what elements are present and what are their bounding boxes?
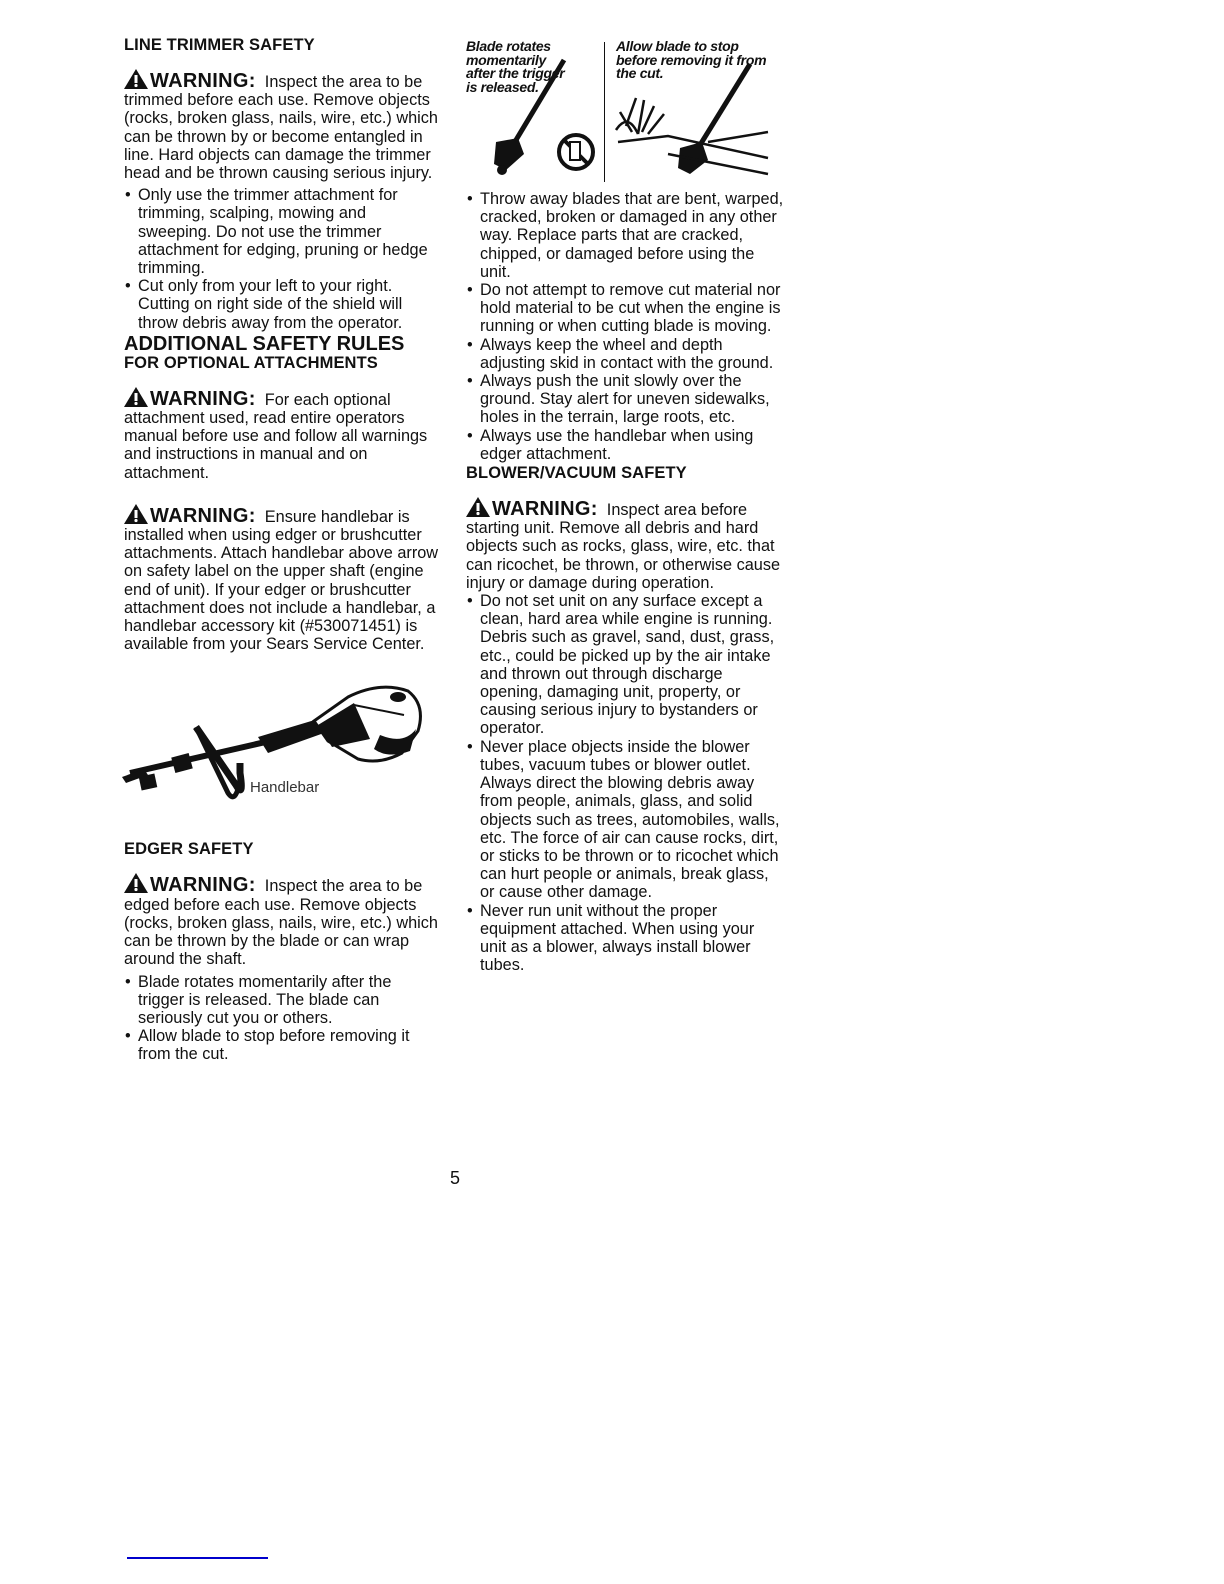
warning-text: Ensure handlebar is installed when using… — [124, 508, 438, 653]
line-trimmer-bullets: Only use the trimmer attachment for trim… — [124, 186, 442, 332]
list-item: Always keep the wheel and depth adjustin… — [466, 336, 784, 372]
list-item: Never place objects inside the blower tu… — [466, 738, 784, 902]
warning-triangle-icon — [124, 387, 148, 407]
page-number: 5 — [450, 1168, 460, 1189]
additional-safety-heading: ADDITIONAL SAFETY RULES — [124, 334, 442, 354]
warning-triangle-icon — [124, 873, 148, 893]
right-column: Blade rotates momentarily after the trig… — [466, 36, 784, 974]
left-column: LINE TRIMMER SAFETY WARNING: Inspect the… — [124, 36, 442, 1064]
warning-triangle-icon — [466, 497, 490, 517]
warning-triangle-icon — [124, 69, 148, 89]
list-item: Only use the trimmer attachment for trim… — [124, 186, 442, 277]
blower-bullets: Do not set unit on any surface except a … — [466, 592, 784, 974]
edger-blade-rotating-icon — [466, 42, 606, 182]
warning-label: WARNING: — [150, 874, 256, 896]
warning-label: WARNING: — [150, 505, 256, 527]
handlebar-illustration: Handlebar — [124, 671, 442, 836]
warning-triangle-icon — [124, 504, 148, 524]
list-item: Cut only from your left to your right. C… — [124, 277, 442, 332]
optional-attachment-warning: WARNING: For each optional attachment us… — [124, 387, 442, 482]
edger-illustration: Blade rotates momentarily after the trig… — [466, 36, 784, 186]
edger-warning: WARNING: Inspect the area to be edged be… — [124, 873, 442, 968]
list-item: Always push the unit slowly over the gro… — [466, 372, 784, 427]
list-item: Do not set unit on any surface except a … — [466, 592, 784, 738]
handlebar-label: Handlebar — [250, 779, 319, 796]
blower-vacuum-heading: BLOWER/VACUUM SAFETY — [466, 464, 784, 483]
list-item: Blade rotates momentarily after the trig… — [124, 973, 442, 1028]
list-item: Throw away blades that are bent, warped,… — [466, 190, 784, 281]
line-trimmer-heading: LINE TRIMMER SAFETY — [124, 36, 442, 55]
warning-label: WARNING: — [150, 388, 256, 410]
warning-label: WARNING: — [150, 70, 256, 92]
list-item: Do not attempt to remove cut material no… — [466, 281, 784, 336]
optional-attachments-subheading: FOR OPTIONAL ATTACHMENTS — [124, 354, 442, 373]
list-item: Always use the handlebar when using edge… — [466, 427, 784, 463]
edger-bullets: Blade rotates momentarily after the trig… — [124, 973, 442, 1064]
list-item: Allow blade to stop before removing it f… — [124, 1027, 442, 1063]
list-item: Never run unit without the proper equipm… — [466, 902, 784, 975]
warning-label: WARNING: — [492, 498, 598, 520]
bottom-link-underline[interactable] — [127, 1557, 268, 1559]
edger-blade-stop-icon — [608, 42, 778, 182]
trimmer-with-handlebar-icon — [118, 675, 428, 825]
handlebar-warning: WARNING: Ensure handlebar is installed w… — [124, 504, 442, 654]
edger-safety-heading: EDGER SAFETY — [124, 840, 442, 859]
edger-additional-bullets: Throw away blades that are bent, warped,… — [466, 190, 784, 463]
figure-divider — [604, 42, 605, 182]
blower-warning: WARNING: Inspect area before starting un… — [466, 497, 784, 592]
line-trimmer-warning: WARNING: Inspect the area to be trimmed … — [124, 69, 442, 182]
